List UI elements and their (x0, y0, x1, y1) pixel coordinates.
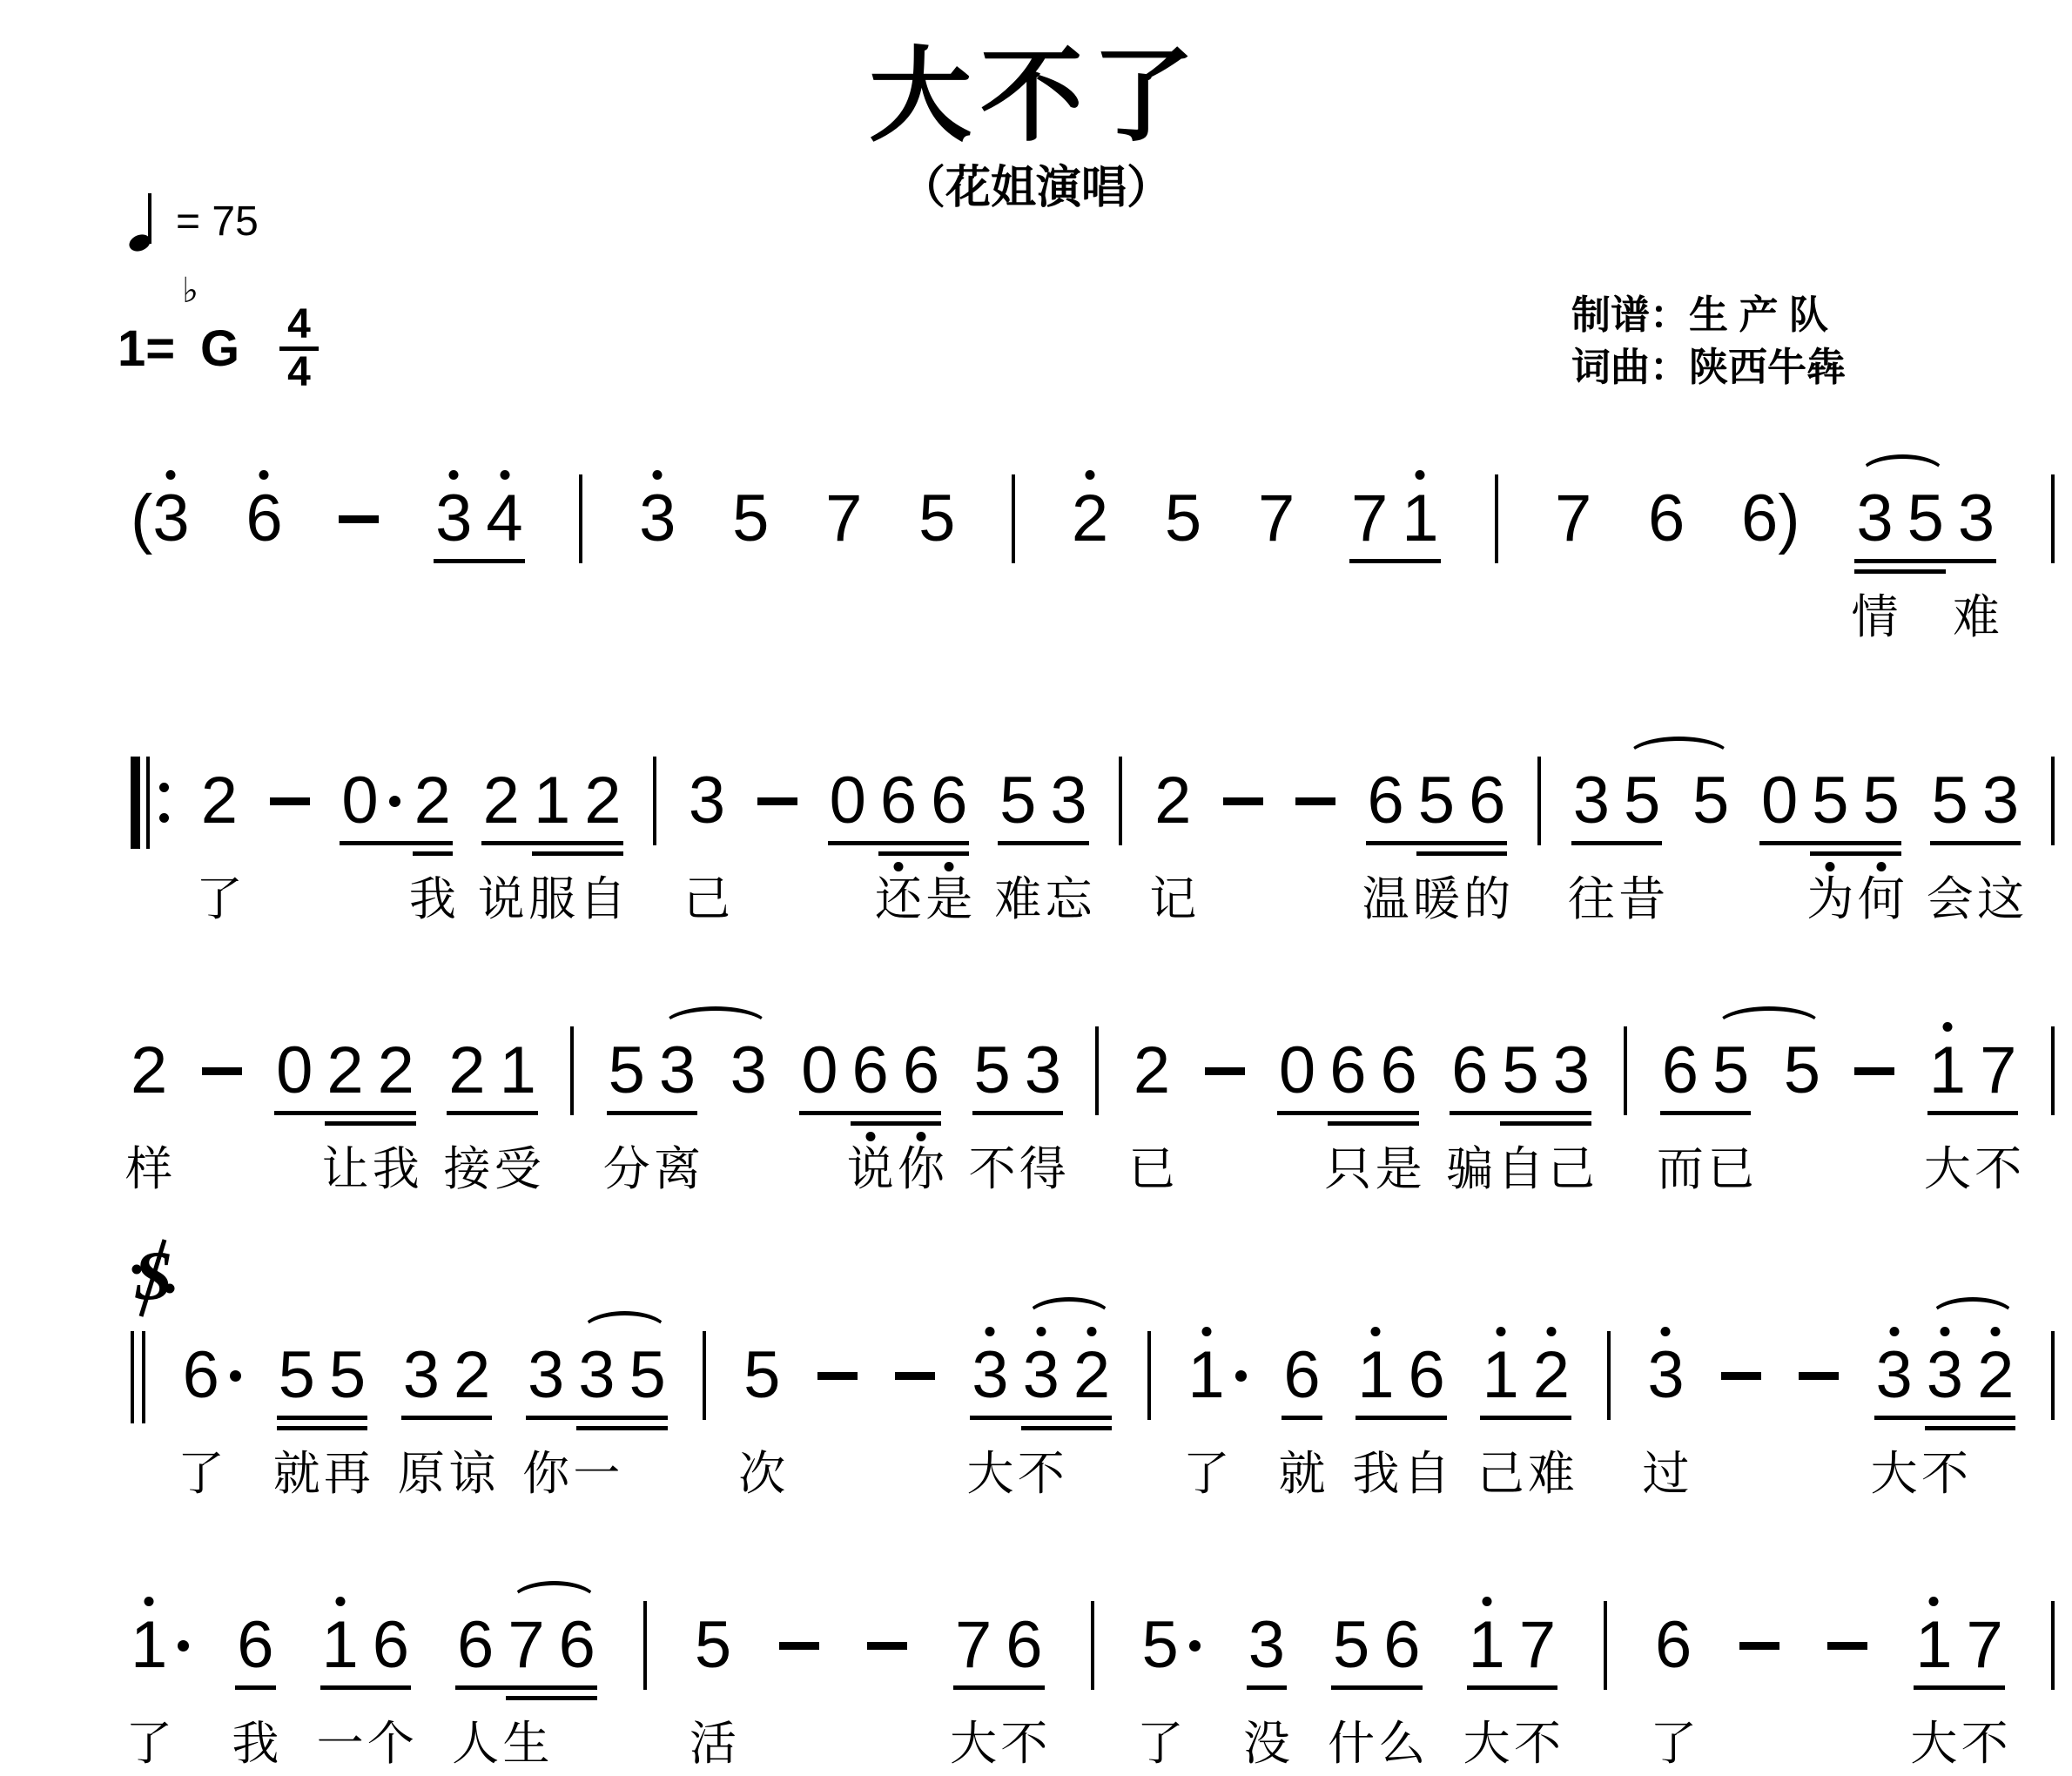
barline (1537, 757, 1541, 845)
note-core: 0 (276, 1038, 313, 1104)
note: 1 (1402, 486, 1438, 552)
beam-underline (1914, 1685, 1968, 1690)
note: 5暖 (1418, 768, 1455, 834)
note: 2我 (378, 1038, 414, 1104)
note: 3得 (1025, 1038, 1061, 1104)
quarter-note-icon (129, 193, 155, 251)
octave-dot-above (1940, 1327, 1949, 1336)
beam-underline (325, 1111, 379, 1115)
lyric: 分 (603, 1146, 650, 1193)
octave-dot-above (1929, 1597, 1939, 1606)
augmentation-dot (178, 1640, 189, 1652)
octave-dot-above (1036, 1327, 1046, 1336)
note-core: 1我 (1357, 1342, 1394, 1409)
lyric: 了 (1137, 1720, 1184, 1767)
note-core: 3 (152, 486, 189, 552)
beam-underline (557, 1685, 597, 1690)
note-digit: 0 (1279, 1033, 1315, 1107)
note: 5何 (1863, 768, 1900, 834)
note-core: 3大 (1876, 1342, 1913, 1409)
note-digit: 0 (341, 764, 378, 838)
note-digit: 6 (1741, 481, 1778, 555)
note-digit: 5 (279, 1338, 315, 1412)
note-core: 0 (801, 1038, 838, 1104)
note-digit: 1 (322, 1608, 359, 1682)
note-core: 5难 (999, 768, 1036, 834)
note: 6温 (1368, 768, 1404, 834)
duration-dash (1827, 1612, 1867, 1678)
lyric: 了 (178, 1450, 225, 1497)
note-digit: 5 (1863, 764, 1900, 838)
sheet-music-page: 大不了 （花姐演唱） = 75 1=♭G 4 4 制谱：生 产 队 词曲：陕西牛… (0, 0, 2072, 1776)
note-digit: 6 (457, 1608, 494, 1682)
duration-dash (1721, 1342, 1761, 1409)
note-digit: 3 (972, 1338, 1008, 1412)
note-core: 5 (1784, 1038, 1820, 1104)
note-core: 3忘 (1050, 768, 1086, 834)
beam-underline (929, 851, 969, 856)
note-core: 7生 (508, 1612, 544, 1678)
note-digit: 3 (1927, 1338, 1963, 1412)
rest-note: 0 (341, 768, 400, 834)
note: 5已 (1712, 1038, 1749, 1104)
octave-dot-above (1371, 1327, 1381, 1336)
lyric: 了 (1183, 1450, 1230, 1497)
octave-dot-above (1991, 1327, 2001, 1336)
note: 7大 (955, 1612, 992, 1678)
note-digit: 5 (1418, 764, 1455, 838)
beam-group: 1我6自 (1357, 1342, 1445, 1409)
note-digit: 6 (880, 764, 917, 838)
lyric: 样 (125, 1146, 172, 1193)
note-core: 3不 (1927, 1342, 1963, 1409)
beam-underline (1480, 1416, 1534, 1420)
duration-dash (1223, 768, 1263, 834)
beam-underline (506, 1685, 560, 1690)
beam-underline (972, 1111, 1026, 1115)
note: 3这 (1982, 768, 2019, 834)
note-core: 5会 (1932, 768, 1968, 834)
note-digit: 1 (1357, 1338, 1394, 1412)
note: 5会 (1932, 768, 1968, 834)
note-core: 7 (1351, 486, 1388, 552)
note-core: 2已 (1134, 1038, 1170, 1104)
note-digit: 3 (689, 764, 725, 838)
duration-dash (895, 1342, 935, 1409)
note: 6 (246, 486, 282, 552)
beam-underline (1048, 841, 1088, 845)
octave-dot-below (1876, 862, 1886, 871)
lyric: 骗 (1446, 1146, 1493, 1193)
note-digit: 2 (378, 1033, 414, 1107)
beam-underline (851, 1111, 905, 1115)
barline (2051, 1331, 2055, 1420)
lyric: 为 (1806, 876, 1853, 923)
note-core: 5何 (1863, 768, 1900, 834)
note-digit: 5 (1712, 1033, 1749, 1107)
duration-dash (757, 768, 797, 834)
beam-underline (1382, 1685, 1422, 1690)
music-line-1: (3634357525771766)3情53难 (131, 486, 2055, 563)
note: 6是 (931, 768, 967, 834)
lyric: 原 (398, 1450, 445, 1497)
slur-arc (663, 1006, 769, 1026)
note-core: 2我 (378, 1038, 414, 1104)
note-digit: 2 (1073, 1338, 1110, 1412)
note: 5活 (695, 1612, 731, 1678)
note: 5 (732, 486, 769, 552)
beam-underline (1500, 1121, 1554, 1126)
rest-note: 0 (276, 1038, 313, 1104)
note-core: 2 (1977, 1342, 2014, 1409)
note-core: 7 (1555, 486, 1591, 552)
beam-underline (1517, 1685, 1557, 1690)
beam-underline (1810, 841, 1864, 845)
note-core: 3情 (1856, 486, 1893, 552)
beam-underline (1282, 1416, 1322, 1420)
barline (2051, 1026, 2055, 1115)
beam-underline (498, 1111, 538, 1115)
lyric: 过 (1642, 1450, 1689, 1497)
lyric: 不 (1961, 1720, 2008, 1767)
lyric: 昔 (1618, 876, 1665, 923)
beam-group: 5会3这 (1932, 768, 2020, 834)
note-core: 2让 (326, 1038, 363, 1104)
octave-dot-above (1889, 1327, 1899, 1336)
note-core: 1了 (1187, 1342, 1224, 1409)
beam-group: 3大3不2 (972, 1342, 1110, 1409)
note: 6我 (237, 1612, 273, 1678)
segno-icon: S (131, 1234, 176, 1322)
note: 1服 (534, 768, 570, 834)
beam-group: 6而5已 (1662, 1038, 1750, 1104)
beam-underline (970, 1416, 1024, 1420)
octave-dot-above (449, 470, 459, 480)
note-digit: 2 (1533, 1338, 1570, 1412)
note-core: 1了 (131, 1612, 167, 1678)
beam-underline (1925, 1416, 1979, 1420)
note-digit: 5 (974, 1033, 1011, 1107)
note: 3不 (1927, 1342, 1963, 1409)
beam-group: 6骗5自3己 (1451, 1038, 1590, 1104)
beam-underline (657, 1111, 697, 1115)
beam-group: 5分3离 (609, 1038, 696, 1104)
octave-dot-above (1942, 1022, 1952, 1032)
lyric: 了 (1650, 1720, 1697, 1767)
rest-note: 0 (830, 768, 866, 834)
octave-dot-above (1086, 470, 1095, 480)
note: 3原 (403, 1342, 440, 1409)
octave-dot-above (166, 470, 176, 480)
note-digit: 3 (1553, 1033, 1590, 1107)
note-digit: 0 (801, 1033, 838, 1107)
slur-arc (1716, 1006, 1822, 1026)
note-core: 6了 (1655, 1612, 1692, 1678)
lyric: 情 (1851, 594, 1898, 641)
beam-underline (481, 841, 535, 845)
note: 7 (1351, 486, 1388, 552)
barline (2051, 474, 2055, 563)
lyric: 的 (1463, 876, 1510, 923)
lyric: 只 (1324, 1146, 1371, 1193)
note-core: 3不 (1023, 1342, 1060, 1409)
note: 3大 (1876, 1342, 1913, 1409)
note-digit: 2 (414, 764, 451, 838)
lyric: 大 (1924, 1146, 1971, 1193)
note-core: 6人 (457, 1612, 494, 1678)
key-prefix: 1= (118, 324, 175, 374)
beam-underline (628, 1426, 668, 1430)
beam-underline (1975, 1426, 2015, 1430)
lyric: 难 (1528, 1450, 1575, 1497)
note: 5昔 (1624, 768, 1660, 834)
note-digit: 5 (1502, 1033, 1538, 1107)
lyric: 己 (1477, 1450, 1524, 1497)
thick-bar (131, 757, 140, 849)
note-digit: 1 (1469, 1608, 1505, 1682)
beam-group: 6温5暖6的 (1368, 768, 1506, 834)
beam-underline (1004, 1685, 1044, 1690)
note: 6人 (457, 1612, 494, 1678)
note-digit: 4 (486, 481, 522, 555)
beam-underline (576, 1416, 630, 1420)
note-core: 2说 (483, 768, 520, 834)
barline (643, 1601, 647, 1690)
slur-arc (1860, 454, 1946, 474)
lyric: 已 (1707, 1146, 1754, 1193)
note-core: 1大 (1915, 1612, 1952, 1678)
beam-underline (325, 1121, 379, 1126)
note-digit: 7 (825, 481, 862, 555)
note-core: 3己 (1553, 1038, 1590, 1104)
rest-note: 0 (1279, 1038, 1315, 1104)
note: 6) (1741, 486, 1800, 552)
barline (1604, 1601, 1607, 1690)
barline (1624, 1026, 1627, 1115)
octave-dot-above (500, 470, 509, 480)
note: (3 (131, 486, 190, 552)
lyric: 而 (1657, 1146, 1704, 1193)
lyric: 难 (994, 876, 1041, 923)
beam-group: 3情53难 (1856, 486, 1995, 552)
music-line-4: 6了5就5再3原2谅3你3一55次3大3不21了6就1我6自1己2难3过3大3不… (131, 1342, 2055, 1423)
beam-underline (1467, 1685, 1521, 1690)
lyric: 不 (1514, 1720, 1561, 1767)
lyric: 了 (196, 876, 243, 923)
beam-underline (1906, 559, 1960, 563)
note-digit: 2 (584, 764, 621, 838)
note-digit: 3 (1025, 1033, 1061, 1107)
barline (1147, 1331, 1151, 1420)
note-core: 6 (246, 486, 282, 552)
note-core: 5 (629, 1342, 666, 1409)
note-digit: 2 (1072, 481, 1108, 555)
beam-group: 06只6是 (1279, 1038, 1417, 1104)
beam-underline (1072, 1416, 1112, 1420)
note-digit: 5 (999, 764, 1036, 838)
lyric: 个 (367, 1720, 414, 1767)
note-core: 6是 (1380, 1038, 1416, 1104)
note-digit: 1 (534, 764, 570, 838)
note: 6自 (1409, 1342, 1445, 1409)
flat-icon: ♭ (182, 273, 198, 308)
lyric: 次 (738, 1450, 785, 1497)
lyric: 往 (1568, 876, 1615, 923)
beam-group: 1己2难 (1482, 1342, 1570, 1409)
open-paren: ( (131, 486, 152, 552)
lyric: 说 (847, 1146, 894, 1193)
note-digit: 3 (528, 1338, 564, 1412)
octave-dot-above (986, 1327, 995, 1336)
note-core: 7大 (955, 1612, 992, 1678)
note: 6骗 (1451, 1038, 1488, 1104)
note-digit: 6 (373, 1608, 409, 1682)
note-core: 5分 (609, 1038, 645, 1104)
note-core: 3你 (528, 1342, 564, 1409)
lyric: 大 (1871, 1450, 1918, 1497)
note: 3难 (1958, 486, 1995, 552)
note-core: 3 (639, 486, 676, 552)
lyric: 我 (373, 1146, 420, 1193)
beam-group: 06说6你 (801, 1038, 939, 1104)
note-core: 7不 (1980, 1038, 2016, 1104)
note: 6 (559, 1612, 595, 1678)
lyric: 记 (1149, 876, 1196, 923)
beam-underline (1978, 1111, 2018, 1115)
note-digit: 1 (1187, 1338, 1224, 1412)
lyric: 这 (1977, 876, 2024, 923)
note-digit: 0 (276, 1033, 313, 1107)
credit-composer: 词曲：陕西牛犇 (1571, 341, 1846, 394)
note-digit: 7 (1519, 1608, 1556, 1682)
note-core: 3得 (1025, 1038, 1061, 1104)
duration-dash (1799, 1342, 1839, 1409)
note-digit: 6 (183, 1338, 219, 1412)
note: 3没 (1248, 1612, 1285, 1678)
beam-underline (1531, 1416, 1571, 1420)
lyric: 一 (573, 1450, 620, 1497)
beam-underline (506, 1696, 560, 1700)
note-digit: 3 (1647, 1338, 1684, 1412)
duration-dash (817, 1342, 858, 1409)
note-digit: 6 (1648, 481, 1685, 555)
beam-group: 3没 (1248, 1612, 1285, 1678)
note-core: 5 (1907, 486, 1944, 552)
octave-dot-below (1826, 862, 1835, 871)
note-core: 6个 (373, 1612, 409, 1678)
music-line-2: 2了02我2说1服2自3己06还6是5难3忘2记6温5暖6的3往5昔505为5何… (131, 768, 2055, 849)
note-digit: 7 (1967, 1608, 2003, 1682)
beam-group: 6人7生6 (457, 1612, 595, 1678)
note: 1大 (1929, 1038, 1966, 1104)
note-core: 2 (1072, 486, 1108, 552)
beam-group: 5不3得 (974, 1038, 1062, 1104)
note: 3往 (1573, 768, 1610, 834)
beam-underline (1965, 1685, 2005, 1690)
lyric: 己 (683, 876, 730, 923)
note: 3离 (659, 1038, 696, 1104)
lyric: 自 (1497, 1146, 1544, 1193)
lyric: 会 (1927, 876, 1974, 923)
note: 3过 (1647, 1342, 1684, 1409)
note-core: 4 (486, 486, 522, 552)
barline (1012, 474, 1015, 563)
note-digit: 2 (1134, 1033, 1170, 1107)
octave-dot-below (916, 1132, 925, 1141)
note: 5就 (279, 1342, 315, 1409)
note-digit: 3 (403, 1338, 440, 1412)
barline (703, 1331, 706, 1420)
beam-underline (901, 1121, 941, 1126)
note-digit: 5 (1142, 1608, 1179, 1682)
note-core: 6温 (1368, 768, 1404, 834)
note: 1受 (500, 1038, 536, 1104)
beam-underline (413, 851, 453, 856)
note-digit: 6 (1368, 764, 1404, 838)
beam-underline (532, 841, 586, 845)
slur-arc (511, 1581, 597, 1601)
beam-underline (1023, 1111, 1063, 1115)
repeat-dot (159, 813, 169, 823)
note: 2谅 (454, 1342, 490, 1409)
note-core: 6 (1741, 486, 1778, 552)
note-digit: 6 (931, 764, 967, 838)
note: 2样 (131, 1038, 167, 1104)
note-core: 2接 (448, 1038, 485, 1104)
note: 5了 (1142, 1612, 1201, 1678)
note: 5不 (974, 1038, 1011, 1104)
beam-underline (452, 1416, 492, 1420)
beam-underline (1416, 851, 1470, 856)
note: 6说 (852, 1038, 889, 1104)
note: 5次 (743, 1342, 780, 1409)
note-core: 1大 (1929, 1038, 1966, 1104)
thin-bar (142, 1331, 145, 1423)
beam-underline (376, 1111, 416, 1115)
note-digit: 5 (1333, 1608, 1369, 1682)
beam-underline (1356, 1416, 1409, 1420)
note-digit: 0 (830, 764, 866, 838)
beam-underline (1925, 1426, 1979, 1430)
duration-dash (270, 768, 310, 834)
note: 1大 (1469, 1612, 1505, 1678)
note-digit: 5 (329, 1338, 366, 1412)
note-core: 6 (559, 1612, 595, 1678)
lyric: 自 (579, 876, 626, 923)
lyric: 就 (273, 1450, 320, 1497)
octave-dot-above (145, 1597, 154, 1606)
key-letter: G (200, 324, 239, 374)
note: 5为 (1812, 768, 1848, 834)
note-digit: 1 (131, 1608, 167, 1682)
beam-underline (1874, 1416, 1928, 1420)
note-core: 6还 (880, 768, 917, 834)
note: 6就 (1283, 1342, 1320, 1409)
note-core: 3原 (403, 1342, 440, 1409)
subtitle-performer: （花姐演唱） (0, 165, 2072, 211)
note: 3 (730, 1038, 767, 1104)
duration-dash (202, 1038, 242, 1104)
lyric: 大 (950, 1720, 997, 1767)
note-core: 3一 (578, 1342, 615, 1409)
time-signature-denominator: 4 (279, 351, 319, 394)
note-core: 3没 (1248, 1612, 1285, 1678)
beam-group: 1大7不 (1469, 1612, 1557, 1678)
lyric: 说 (478, 876, 525, 923)
beam-underline (828, 841, 882, 845)
note-digit: 3 (1958, 481, 1995, 555)
octave-dot-above (1087, 1327, 1097, 1336)
